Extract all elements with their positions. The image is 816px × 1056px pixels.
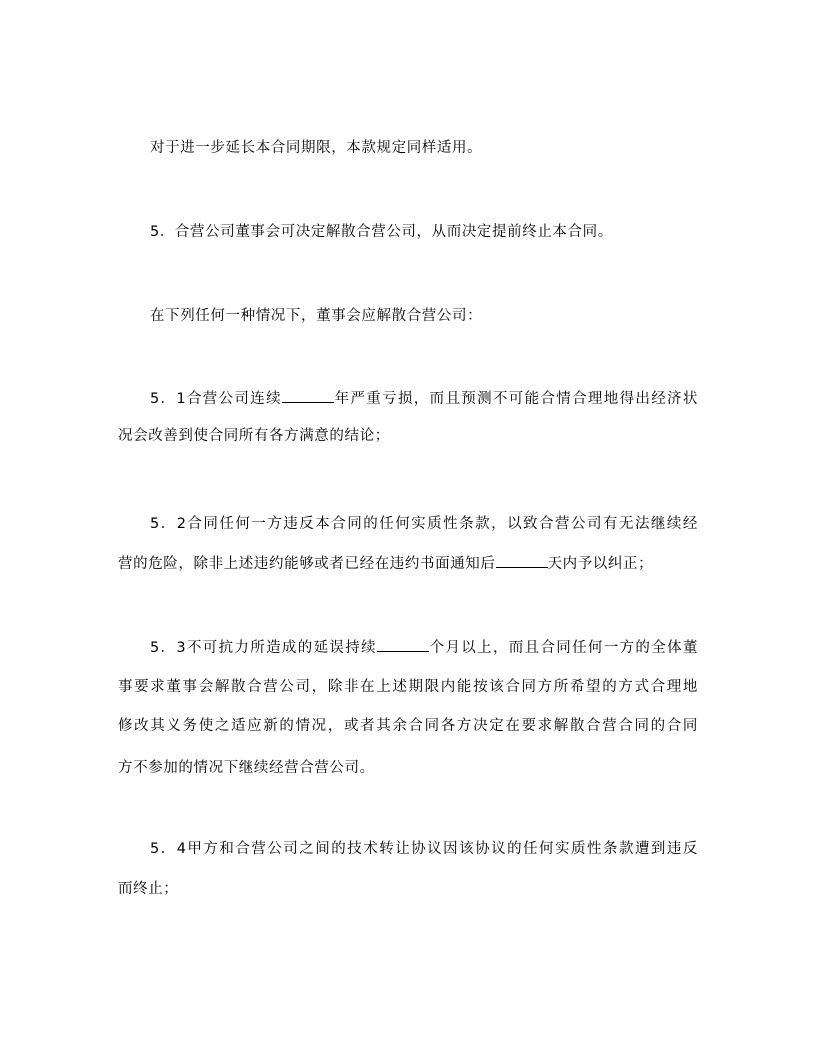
clause-text: 营的危险，除非上述违约能够或者已经在违约书面通知后 xyxy=(118,556,496,572)
paragraph-extension-note: 对于进一步延长本合同期限，本款规定同样适用。 xyxy=(150,138,698,158)
paragraph-clause-5-1-line-2: 况会改善到使合同所有各方满意的结论； xyxy=(118,426,698,446)
clause-text: 天内予以纠正； xyxy=(548,556,654,572)
paragraph-clause-5-4-line-2: 而终止； xyxy=(118,879,698,899)
paragraph-clause-5: 5．合营公司董事会可决定解散合营公司，从而决定提前终止本合同。 xyxy=(150,222,698,242)
paragraph-clause-5-1-line-1: 5．1合营公司连续年严重亏损，而且预测不可能合情合理地得出经济状 xyxy=(150,388,698,409)
paragraph-clause-5-2-line-2: 营的危险，除非上述违约能够或者已经在违约书面通知后天内予以纠正； xyxy=(118,553,698,574)
paragraph-clause-5-3-line-1: 5．3不可抗力所造成的延误持续个月以上，而且合同任何一方的全体董 xyxy=(150,637,698,658)
fill-in-blank-months[interactable] xyxy=(377,637,429,652)
paragraph-clause-5-2-line-1: 5．2合同任何一方违反本合同的任何实质性条款，以致合营公司有无法继续经 xyxy=(150,514,698,534)
fill-in-blank-days[interactable] xyxy=(496,553,548,568)
paragraph-clause-5-4-line-1: 5．4甲方和合营公司之间的技术转让协议因该协议的任何实质性条款遭到违反 xyxy=(150,839,698,859)
paragraph-clause-5-3-line-2: 事要求董事会解散合营公司，除非在上述期限内能按该合同方所希望的方式合理地 xyxy=(118,677,698,697)
document-page: 对于进一步延长本合同期限，本款规定同样适用。 5．合营公司董事会可决定解散合营公… xyxy=(0,0,816,1056)
clause-text: 5．1合营公司连续 xyxy=(150,391,282,407)
paragraph-clause-5-3-line-4: 方不参加的情况下继续经营合营公司。 xyxy=(118,758,698,778)
paragraph-clause-5-3-line-3: 修改其义务使之适应新的情况，或者其余合同各方决定在要求解散合营合同的合同 xyxy=(118,716,698,736)
clause-text: 5．3不可抗力所造成的延误持续 xyxy=(150,640,377,656)
fill-in-blank-years[interactable] xyxy=(282,388,334,403)
clause-text: 个月以上，而且合同任何一方的全体董 xyxy=(429,640,698,656)
paragraph-conditions-intro: 在下列任何一种情况下，董事会应解散合营公司： xyxy=(150,306,698,326)
clause-text: 年严重亏损，而且预测不可能合情合理地得出经济状 xyxy=(334,391,698,407)
